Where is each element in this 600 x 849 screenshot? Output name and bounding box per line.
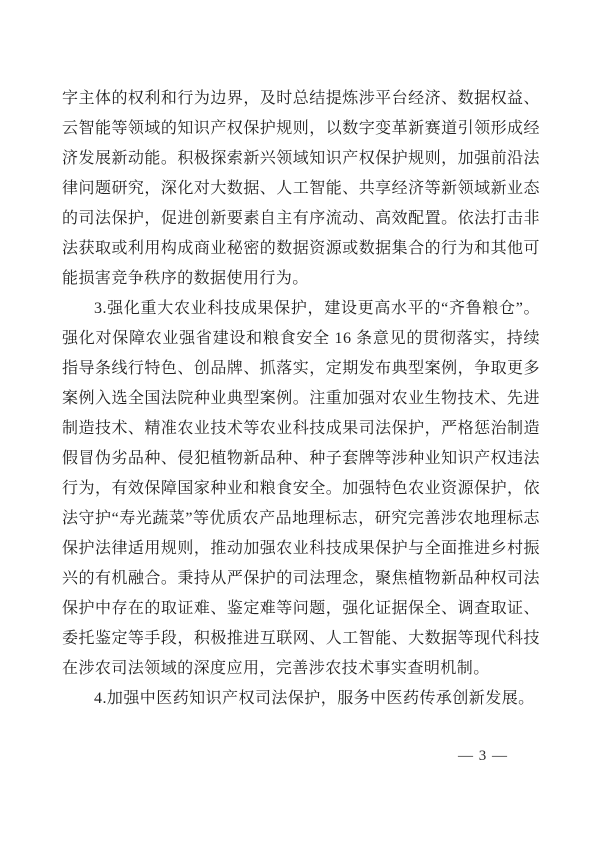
paragraph-item-4: 4.加强中医药知识产权司法保护，服务中医药传承创新发展。: [62, 684, 540, 714]
document-page: 字主体的权利和行为边界，及时总结提炼涉平台经济、数据权益、云智能等领域的知识产权…: [0, 0, 600, 849]
paragraph-item-3: 3.强化重大农业科技成果保护，建设更高水平的“齐鲁粮仓”。强化对保障农业强省建设…: [62, 294, 540, 684]
page-number: — 3 —: [450, 745, 516, 767]
document-body: 字主体的权利和行为边界，及时总结提炼涉平台经济、数据权益、云智能等领域的知识产权…: [62, 84, 540, 714]
paragraph-continuation: 字主体的权利和行为边界，及时总结提炼涉平台经济、数据权益、云智能等领域的知识产权…: [62, 84, 540, 294]
